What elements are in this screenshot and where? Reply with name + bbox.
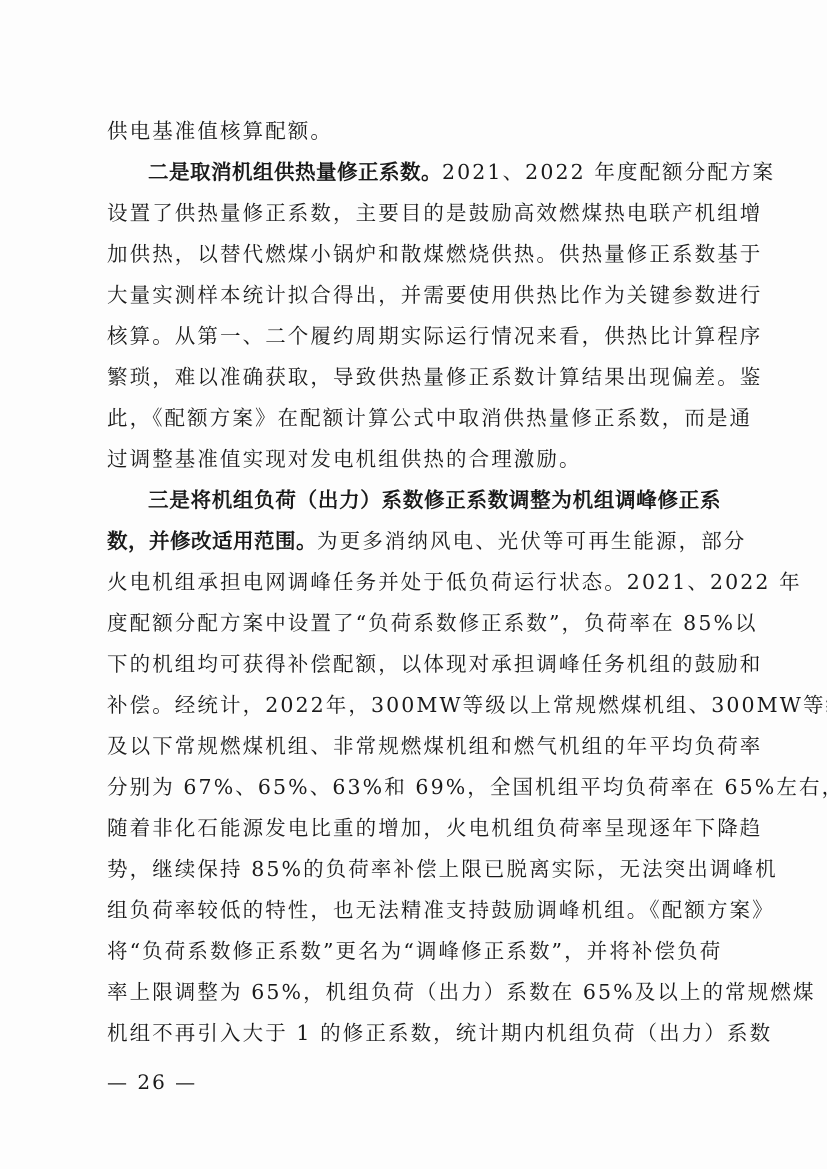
line-text: 过调整基准值实现对发电机组供热的合理激励。	[107, 447, 582, 471]
line-text: 将“负荷系数修正系数”更名为“调峰修正系数”，并将补偿负荷	[107, 939, 722, 963]
bold-heading: 二是取消机组供热量修正系数。	[148, 160, 442, 184]
text-line: 组负荷率较低的特性，也无法精准支持鼓励调峰机组。《配额方案》	[107, 895, 721, 925]
page-number: — 26 —	[107, 1070, 197, 1094]
text-line: 大量实测样本统计拟合得出，并需要使用供热比作为关键参数进行	[107, 280, 721, 310]
line-text: 设置了供热量修正系数，主要目的是鼓励高效燃煤热电联产机组增	[107, 201, 762, 225]
text-line: 及以下常规燃煤机组、非常规燃煤机组和燃气机组的年平均负荷率	[107, 731, 721, 761]
line-text: 势，继续保持 85%的负荷率补偿上限已脱离实际，无法突出调峰机	[107, 857, 778, 881]
paragraph-heading-line: 二是取消机组供热量修正系数。2021、2022 年度配额分配方案	[148, 157, 721, 187]
text-line: 将“负荷系数修正系数”更名为“调峰修正系数”，并将补偿负荷	[107, 936, 721, 966]
line-text: 大量实测样本统计拟合得出，并需要使用供热比作为关键参数进行	[107, 283, 762, 307]
line-text: 2021、2022 年度配额分配方案	[442, 160, 775, 184]
document-page: 供电基准值核算配额。 二是取消机组供热量修正系数。2021、2022 年度配额分…	[0, 0, 827, 1169]
text-line: 核算。从第一、二个履约周期实际运行情况来看，供热比计算程序	[107, 321, 721, 351]
paragraph-heading-line: 三是将机组负荷（出力）系数修正系数调整为机组调峰修正系	[148, 485, 721, 515]
text-line: 加供热，以替代燃煤小锅炉和散煤燃烧供热。供热量修正系数基于	[107, 239, 721, 269]
text-line: 过调整基准值实现对发电机组供热的合理激励。	[107, 444, 721, 474]
line-text: 机组不再引入大于 1 的修正系数，统计期内机组负荷（出力）系数	[107, 1021, 772, 1045]
line-text: 分别为 67%、65%、63%和 69%，全国机组平均负荷率在 65%左右，且	[107, 775, 827, 799]
line-text: 加供热，以替代燃煤小锅炉和散煤燃烧供热。供热量修正系数基于	[107, 242, 762, 266]
text-line: 数，并修改适用范围。为更多消纳风电、光伏等可再生能源，部分	[107, 526, 721, 556]
line-text: 度配额分配方案中设置了“负荷系数修正系数”，负荷率在 85%以	[107, 611, 758, 635]
line-text: 为更多消纳风电、光伏等可再生能源，部分	[317, 529, 746, 553]
text-line: 分别为 67%、65%、63%和 69%，全国机组平均负荷率在 65%左右，且	[107, 772, 721, 802]
line-text: 及以下常规燃煤机组、非常规燃煤机组和燃气机组的年平均负荷率	[107, 734, 762, 758]
text-line: 势，继续保持 85%的负荷率补偿上限已脱离实际，无法突出调峰机	[107, 854, 721, 884]
text-line: 供电基准值核算配额。	[107, 116, 721, 146]
text-line: 率上限调整为 65%，机组负荷（出力）系数在 65%及以上的常规燃煤	[107, 977, 721, 1007]
text-line: 机组不再引入大于 1 的修正系数，统计期内机组负荷（出力）系数	[107, 1018, 721, 1048]
bold-heading: 三是将机组负荷（出力）系数修正系数调整为机组调峰修正系	[148, 488, 721, 512]
text-line: 火电机组承担电网调峰任务并处于低负荷运行状态。2021、2022 年	[107, 567, 721, 597]
text-line: 繁琐，难以准确获取，导致供热量修正系数计算结果出现偏差。鉴	[107, 362, 721, 392]
text-line: 设置了供热量修正系数，主要目的是鼓励高效燃煤热电联产机组增	[107, 198, 721, 228]
line-text: 火电机组承担电网调峰任务并处于低负荷运行状态。2021、2022 年	[107, 570, 802, 594]
line-text: 随着非化石能源发电比重的增加，火电机组负荷率呈现逐年下降趋	[107, 816, 762, 840]
line-text: 繁琐，难以准确获取，导致供热量修正系数计算结果出现偏差。鉴	[107, 365, 762, 389]
line-text: 核算。从第一、二个履约周期实际运行情况来看，供热比计算程序	[107, 324, 762, 348]
text-line: 下的机组均可获得补偿配额，以体现对承担调峰任务机组的鼓励和	[107, 649, 721, 679]
line-text: 组负荷率较低的特性，也无法精准支持鼓励调峰机组。《配额方案》	[107, 898, 775, 922]
line-text: 率上限调整为 65%，机组负荷（出力）系数在 65%及以上的常规燃煤	[107, 980, 816, 1004]
bold-heading: 数，并修改适用范围。	[107, 529, 317, 553]
line-text: 补偿。经统计，2022年，300MW等级以上常规燃煤机组、300MW等级	[107, 693, 827, 717]
line-text: 供电基准值核算配额。	[107, 119, 333, 143]
line-text: 此，《配额方案》在配额计算公式中取消供热量修正系数，而是通	[107, 406, 752, 430]
line-text: 下的机组均可获得补偿配额，以体现对承担调峰任务机组的鼓励和	[107, 652, 762, 676]
text-line: 此，《配额方案》在配额计算公式中取消供热量修正系数，而是通	[107, 403, 721, 433]
text-line: 随着非化石能源发电比重的增加，火电机组负荷率呈现逐年下降趋	[107, 813, 721, 843]
text-line: 度配额分配方案中设置了“负荷系数修正系数”，负荷率在 85%以	[107, 608, 721, 638]
text-line: 补偿。经统计，2022年，300MW等级以上常规燃煤机组、300MW等级	[107, 690, 721, 720]
